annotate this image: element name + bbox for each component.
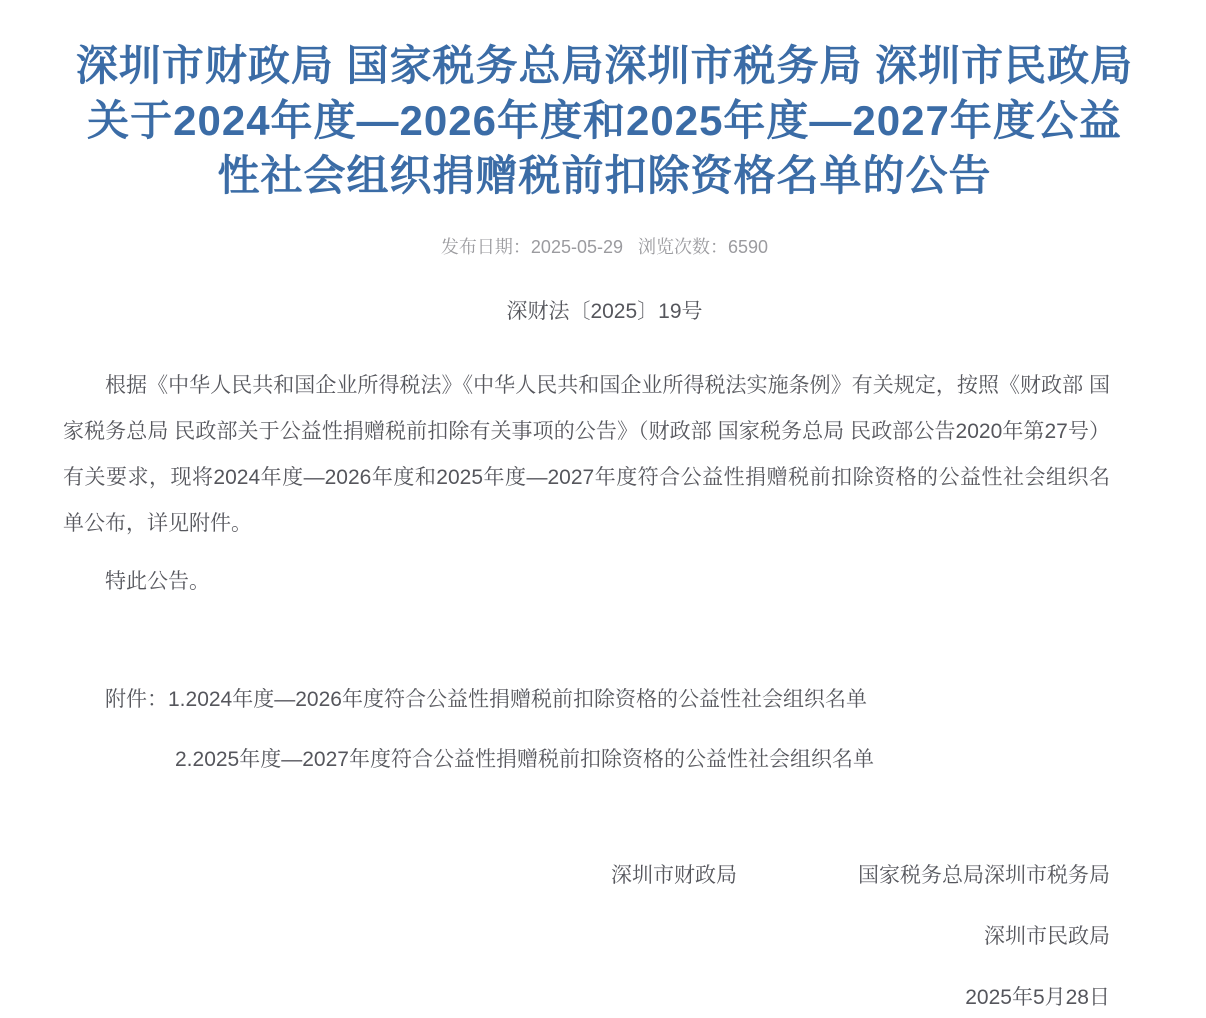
attachment-item-1: 1.2024年度—2026年度符合公益性捐赠税前扣除资格的公益性社会组织名单 [168,688,867,711]
main-paragraph: 根据《中华人民共和国企业所得税法》《中华人民共和国企业所得税法实施条例》有关规定… [63,363,1110,547]
meta-line: 发布日期：2025-05-29 浏览次数：6590 [63,233,1146,259]
signature-tax-bureau: 国家税务总局深圳市税务局 [858,853,1110,899]
signature-finance-bureau: 深圳市财政局 [611,853,737,899]
signature-block: 深圳市财政局 国家税务总局深圳市税务局 深圳市民政局 2025年5月28日 [63,853,1110,1018]
attachments-label: 附件： [105,688,168,711]
closing-paragraph: 特此公告。 [63,559,1110,605]
publish-date: 发布日期：2025-05-29 [441,237,623,257]
view-count: 浏览次数：6590 [638,237,768,257]
attachment-item-2: 2.2025年度—2027年度符合公益性捐赠税前扣除资格的公益性社会组织名单 [63,737,1146,783]
title-line-1: 深圳市财政局 国家税务总局深圳市税务局 深圳市民政局 [63,38,1146,93]
title-line-3: 性社会组织捐赠税前扣除资格名单的公告 [63,148,1146,203]
document-body: 根据《中华人民共和国企业所得税法》《中华人民共和国企业所得税法实施条例》有关规定… [63,363,1146,1018]
document-number: 深财法〔2025〕19号 [63,295,1146,325]
attachment-list: 附件：1.2024年度—2026年度符合公益性捐赠税前扣除资格的公益性社会组织名… [63,677,1146,783]
attachment-row-1: 附件：1.2024年度—2026年度符合公益性捐赠税前扣除资格的公益性社会组织名… [63,677,1146,723]
signature-row-1: 深圳市财政局 国家税务总局深圳市税务局 [63,853,1110,899]
title-line-2: 关于2024年度—2026年度和2025年度—2027年度公益 [63,93,1146,148]
announcement-document: 深圳市财政局 国家税务总局深圳市税务局 深圳市民政局 关于2024年度—2026… [63,38,1146,1018]
signature-civil-affairs-bureau: 深圳市民政局 [63,914,1110,960]
signature-date: 2025年5月28日 [63,975,1110,1018]
page-title: 深圳市财政局 国家税务总局深圳市税务局 深圳市民政局 关于2024年度—2026… [63,38,1146,203]
